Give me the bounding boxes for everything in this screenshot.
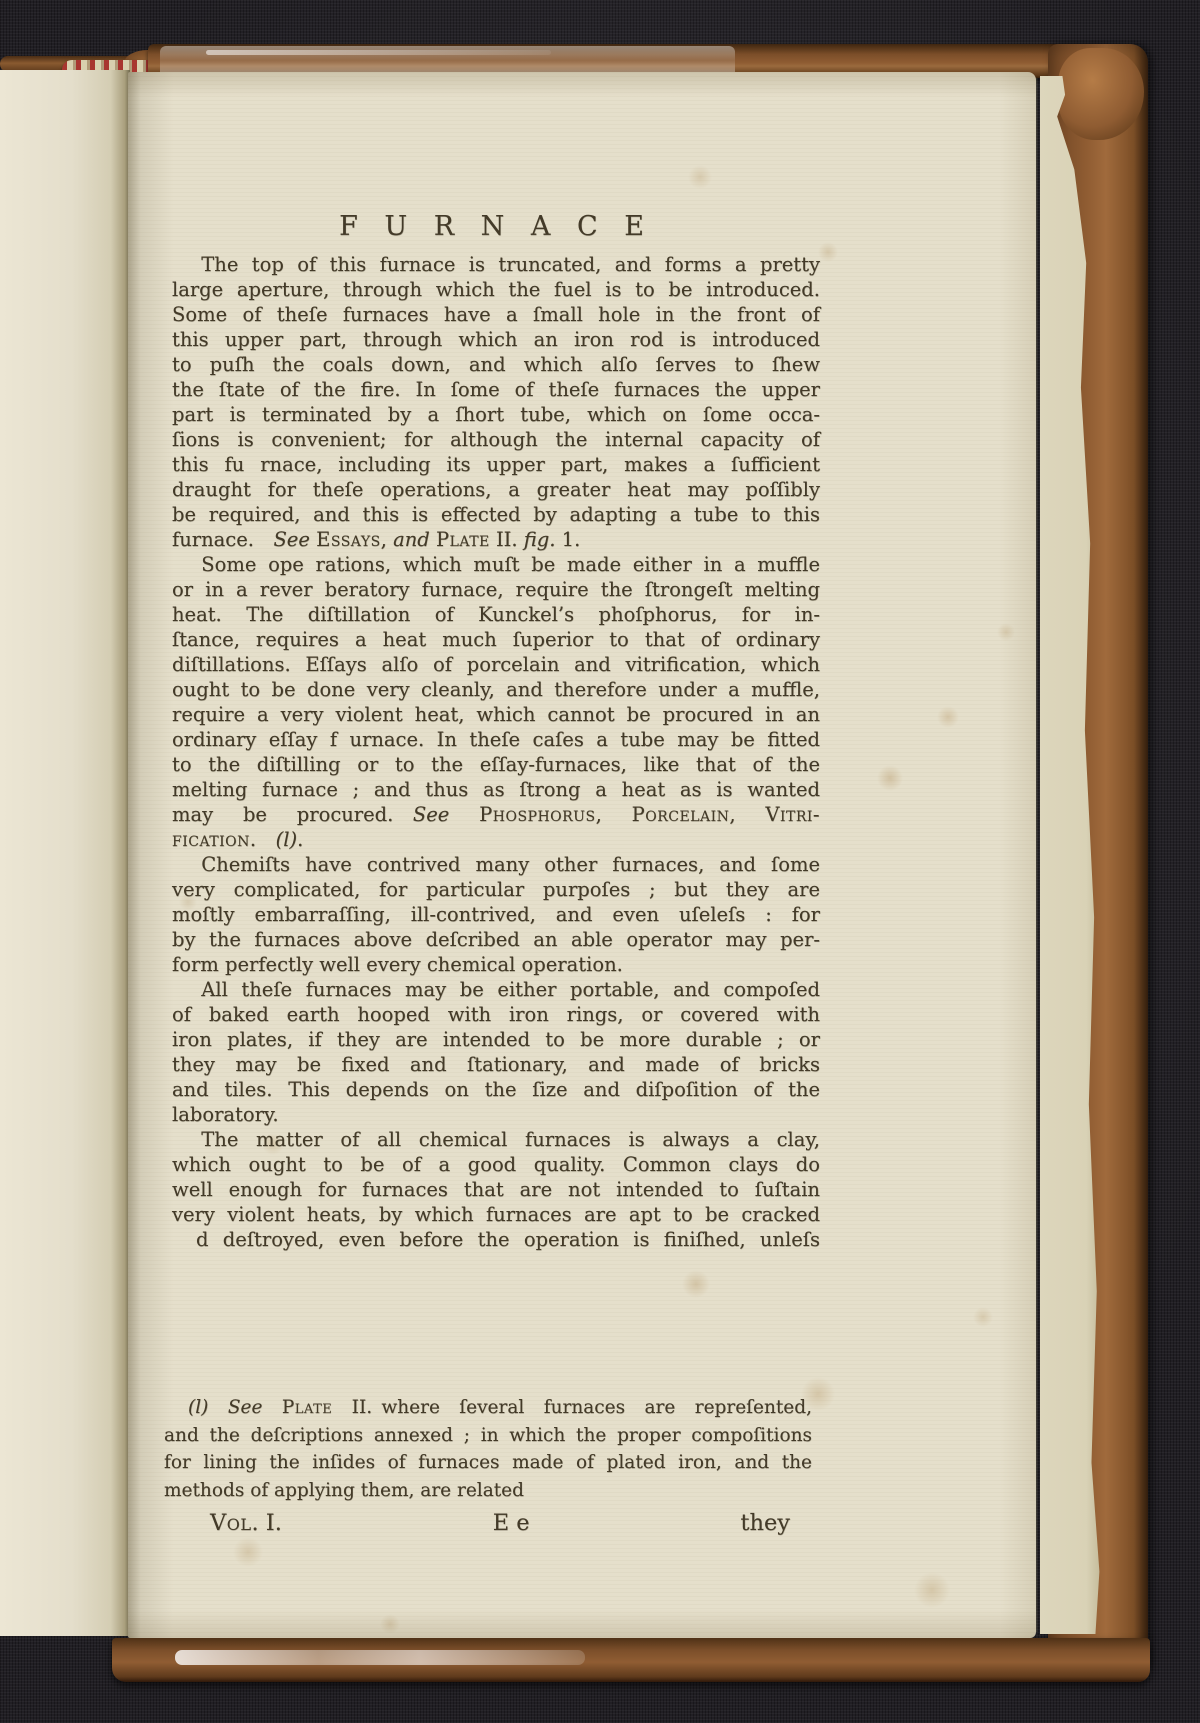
- signature-mark: E e: [493, 1510, 530, 1536]
- text-line: ſtance, requires a heat much ſuperior to…: [172, 627, 820, 652]
- text-line: ſions is convenient; for although the in…: [172, 427, 820, 452]
- text-line: of baked earth hooped with iron rings, o…: [172, 1002, 820, 1027]
- page-heading: F U R N A C E: [172, 210, 820, 244]
- text-line: which ought to be of a good quality. Com…: [172, 1152, 820, 1177]
- text-line: by the furnaces above deſcribed an able …: [172, 927, 820, 952]
- text-block: F U R N A C E The top of this furnace is…: [172, 210, 820, 1252]
- paragraph-1: The top of this furnace is truncated, an…: [172, 252, 820, 552]
- text-line: this fu rnace, including its upper part,…: [172, 452, 820, 477]
- text-line: fication. (l).: [172, 827, 820, 852]
- text-line: diſtillations. Eſſays alſo of porcelain …: [172, 652, 820, 677]
- repair-tape-bottom: [175, 1650, 585, 1665]
- text-line: large aperture, through which the fuel i…: [172, 277, 820, 302]
- text-line: laboratory.: [172, 1102, 820, 1127]
- text-line: ought to be done very cleanly, and there…: [172, 677, 820, 702]
- text-line: the ſtate of the fire. In ſome of theſe …: [172, 377, 820, 402]
- text-line: The matter of all chemical furnaces is a…: [172, 1127, 820, 1152]
- text-line: require a very violent heat, which canno…: [172, 702, 820, 727]
- volume-label: Vol. I.: [210, 1510, 282, 1536]
- text-line: Some ope rations, which muſt be made eit…: [172, 552, 820, 577]
- text-line: draught for theſe operations, a greater …: [172, 477, 820, 502]
- text-line: d deſtroyed, even before the operation i…: [172, 1227, 820, 1252]
- text-line: this upper part, through which an iron r…: [172, 327, 820, 352]
- facing-page: [0, 70, 130, 1636]
- paragraph-5: The matter of all chemical furnaces is a…: [172, 1127, 820, 1252]
- text-line: very complicated, for particular purpoſe…: [172, 877, 820, 902]
- catchword: they: [740, 1510, 790, 1536]
- text-line: melting furnace ; and thus as ſtrong a h…: [172, 777, 820, 802]
- text-line: furnace. See Essays, and Plate II. fig. …: [172, 527, 820, 552]
- text-line: heat. The diſtillation of Kunckel’s phoſ…: [172, 602, 820, 627]
- text-line: very violent heats, by which furnaces ar…: [172, 1202, 820, 1227]
- text-line: for lining the inſides of furnaces made …: [164, 1449, 812, 1477]
- text-line: part is terminated by a ſhort tube, whic…: [172, 402, 820, 427]
- text-line: Some of theſe furnaces have a ſmall hole…: [172, 302, 820, 327]
- text-line: may be procured. See Phosphorus, Porcela…: [172, 802, 820, 827]
- footnote: (l) See Plate II. where ſeveral furnaces…: [164, 1394, 812, 1504]
- text-line: (l) See Plate II. where ſeveral furnaces…: [164, 1394, 812, 1422]
- photograph-background: F U R N A C E The top of this furnace is…: [0, 0, 1200, 1723]
- text-line: iron plates, if they are intended to be …: [172, 1027, 820, 1052]
- text-line: they may be fixed and ſtationary, and ma…: [172, 1052, 820, 1077]
- text-line: or in a rever beratory furnace, require …: [172, 577, 820, 602]
- text-line: and the deſcriptions annexed ; in which …: [164, 1422, 812, 1450]
- text-line: to the diſtilling or to the eſſay-furnac…: [172, 752, 820, 777]
- text-line: well enough for furnaces that are not in…: [172, 1177, 820, 1202]
- text-line: The top of this furnace is truncated, an…: [172, 252, 820, 277]
- text-line: to puſh the coals down, and which alſo ſ…: [172, 352, 820, 377]
- text-line: All theſe furnaces may be either portabl…: [172, 977, 820, 1002]
- text-line: moſtly embarraſſing, ill-contrived, and …: [172, 902, 820, 927]
- text-line: be required, and this is effected by ada…: [172, 502, 820, 527]
- paragraph-4: All theſe furnaces may be either portabl…: [172, 977, 820, 1127]
- text-line: ordinary eſſay f urnace. In theſe caſes …: [172, 727, 820, 752]
- book-page: F U R N A C E The top of this furnace is…: [128, 72, 1036, 1638]
- paragraph-3: Chemiſts have contrived many other furna…: [172, 852, 820, 977]
- page-footer: Vol. I. E e they: [174, 1510, 790, 1536]
- text-line: methods of applying them, are related: [164, 1477, 812, 1505]
- text-line: form perfectly well every chemical opera…: [172, 952, 820, 977]
- text-line: and tiles. This depends on the ſize and …: [172, 1077, 820, 1102]
- paragraph-2: Some ope rations, which muſt be made eit…: [172, 552, 820, 852]
- text-line: Chemiſts have contrived many other furna…: [172, 852, 820, 877]
